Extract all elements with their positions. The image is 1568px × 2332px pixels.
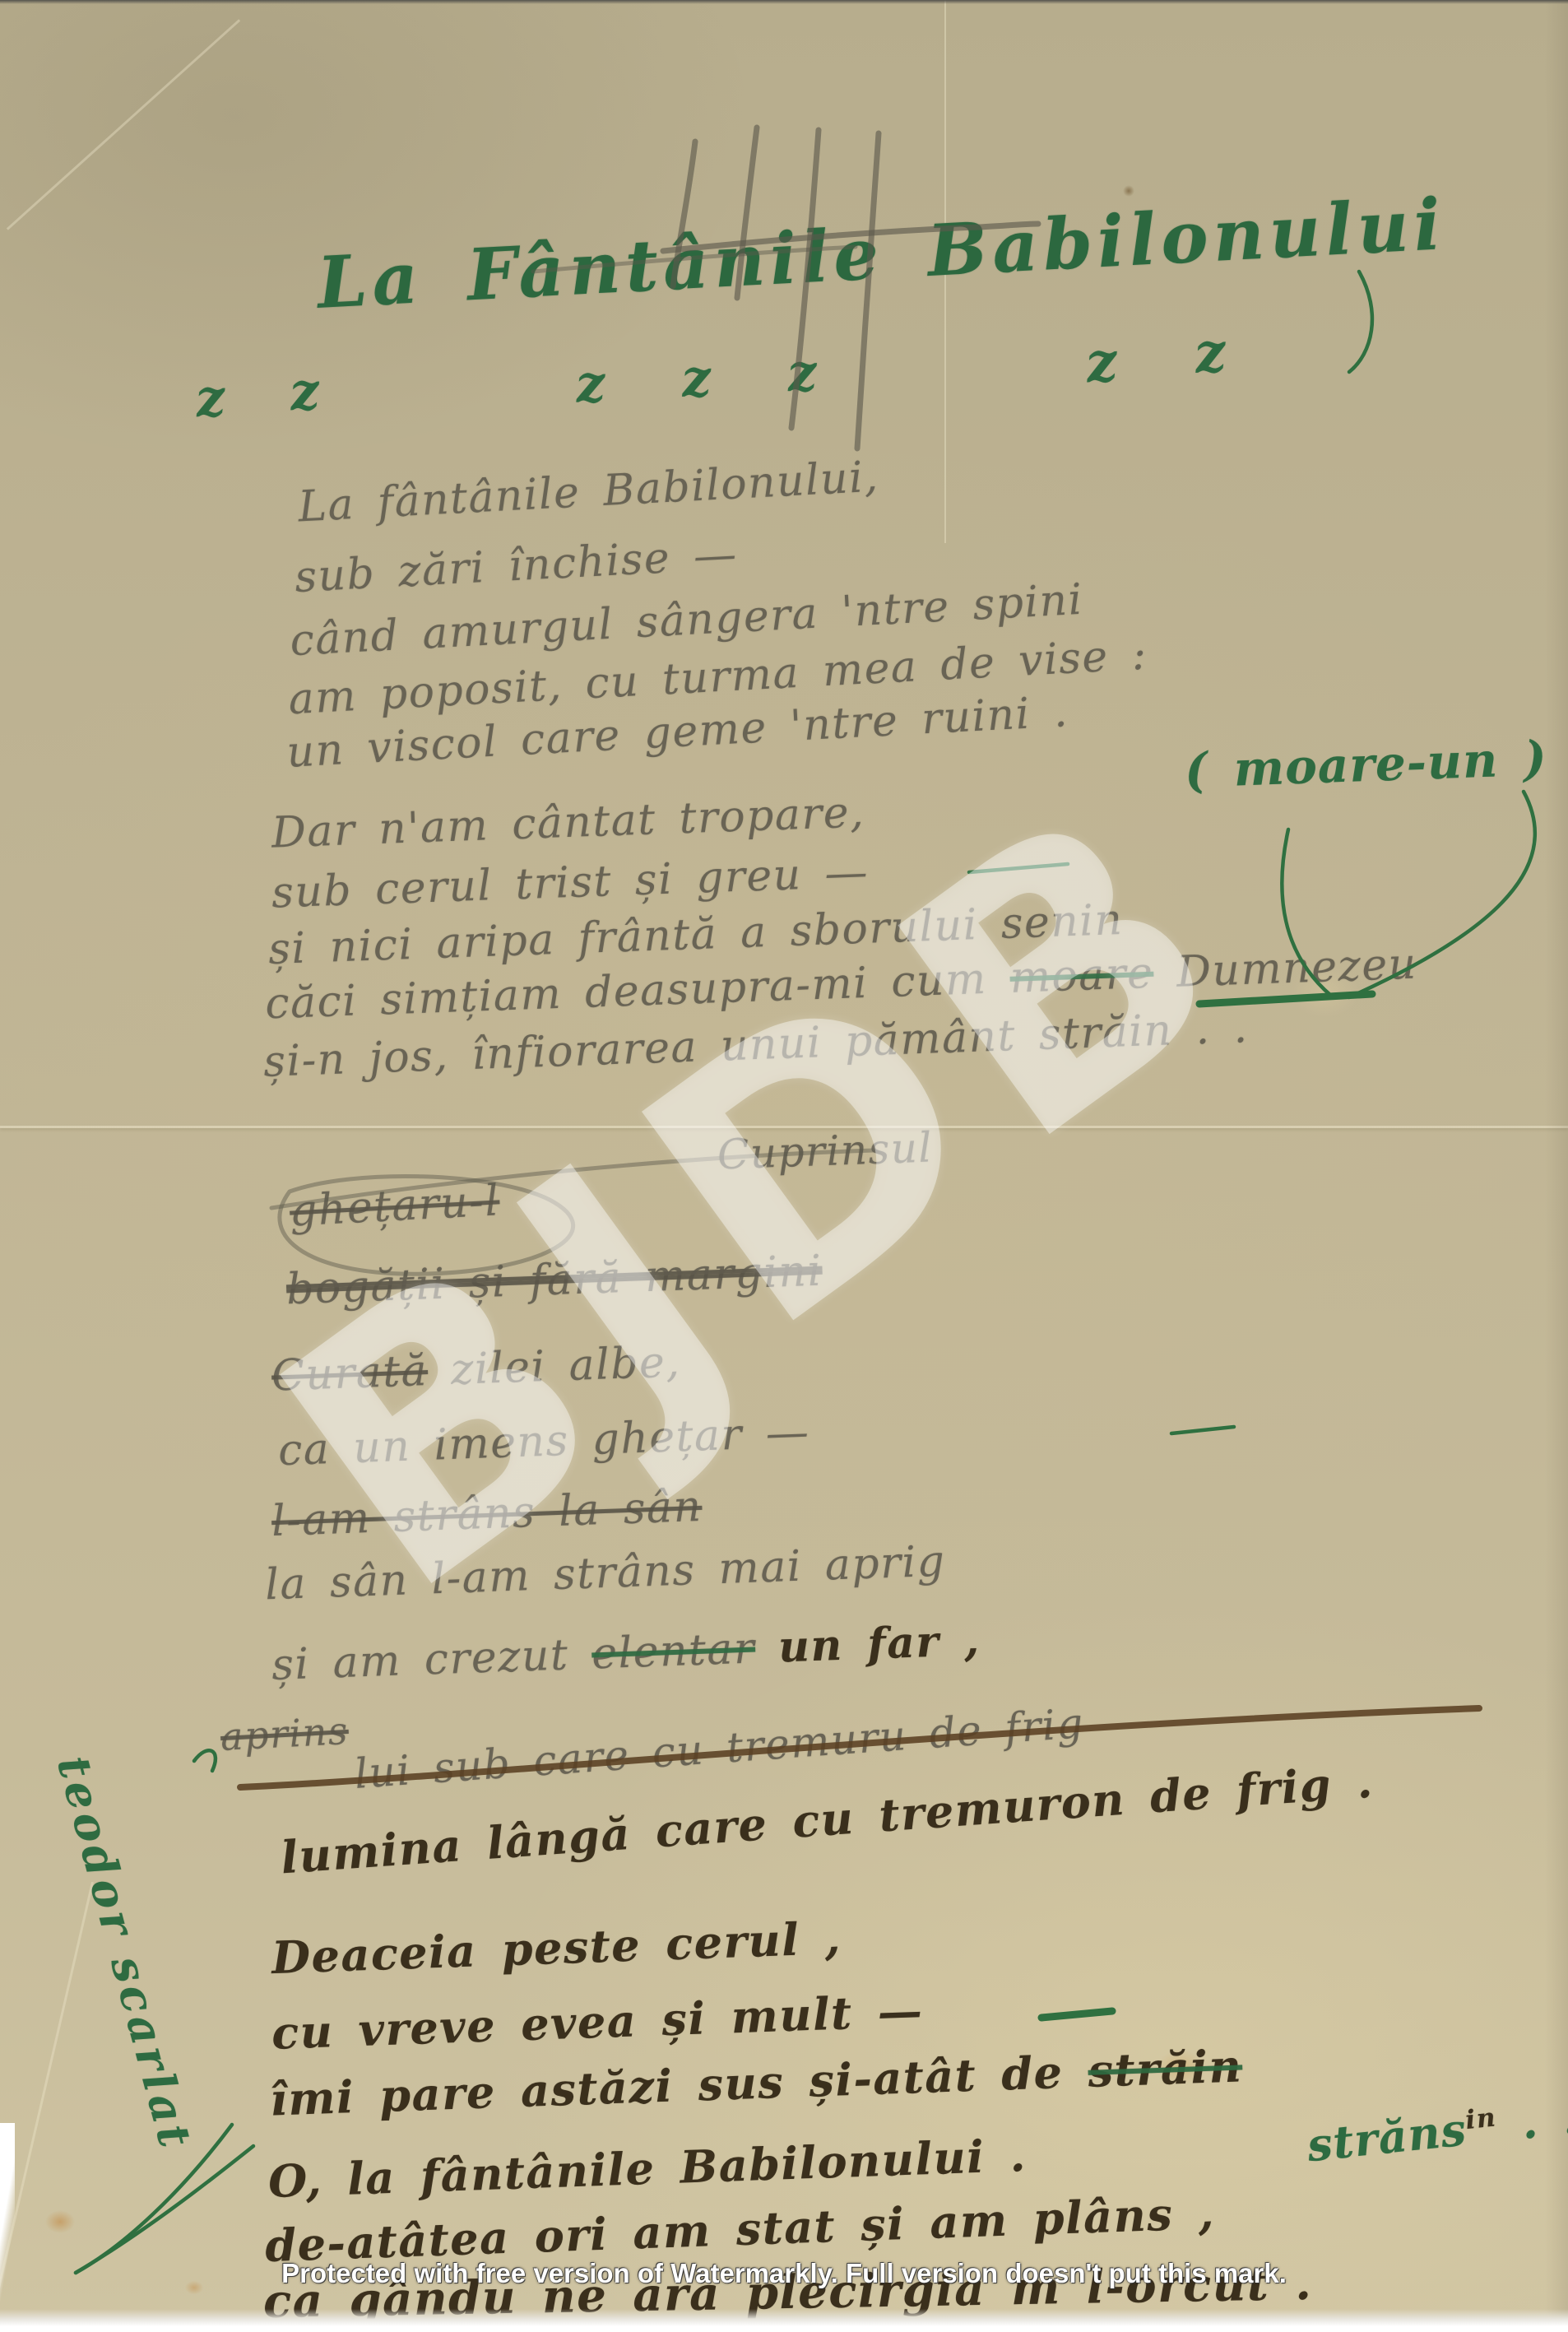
- paper-edge-shading: [1545, 0, 1568, 2332]
- stanza3-line: cu vreve evea și mult —: [271, 1986, 924, 2058]
- title-underline-zigzag: z z: [1083, 322, 1229, 393]
- stanza3-line: O, la fântânile Babilonului .: [267, 2131, 1027, 2207]
- scan-edge-bottom: [0, 2309, 1568, 2332]
- stanza1-line: sub zări închise —: [294, 532, 739, 602]
- torn-paper-edge: [0, 2123, 15, 2332]
- green-correction-strans: strănsin . . . .: [1305, 2085, 1568, 2171]
- crossed-word: aprins: [220, 1710, 350, 1758]
- stanza3-line: Deaceia peste cerul ,: [271, 1914, 842, 1983]
- watermarkly-notice: Protected with free version of Watermark…: [281, 2258, 1287, 2289]
- scan-edge-top: [0, 0, 1568, 4]
- fold-crease-diagonal: [7, 19, 240, 230]
- stanza1-line: La fântânile Babilonului,: [297, 454, 880, 532]
- stanza2-line: Dar n'am cântat tropare,: [271, 789, 865, 857]
- title-underline-zigzag: z z z: [574, 344, 819, 412]
- manuscript-page: La Fântânile Babilonuluiz zz z zz zLa fâ…: [0, 0, 1568, 2332]
- margin-signature: teodor scarlat: [49, 1751, 201, 2156]
- poem-title: La Fântânile Babilonului: [315, 186, 1447, 323]
- title-underline-zigzag: z z: [194, 363, 322, 428]
